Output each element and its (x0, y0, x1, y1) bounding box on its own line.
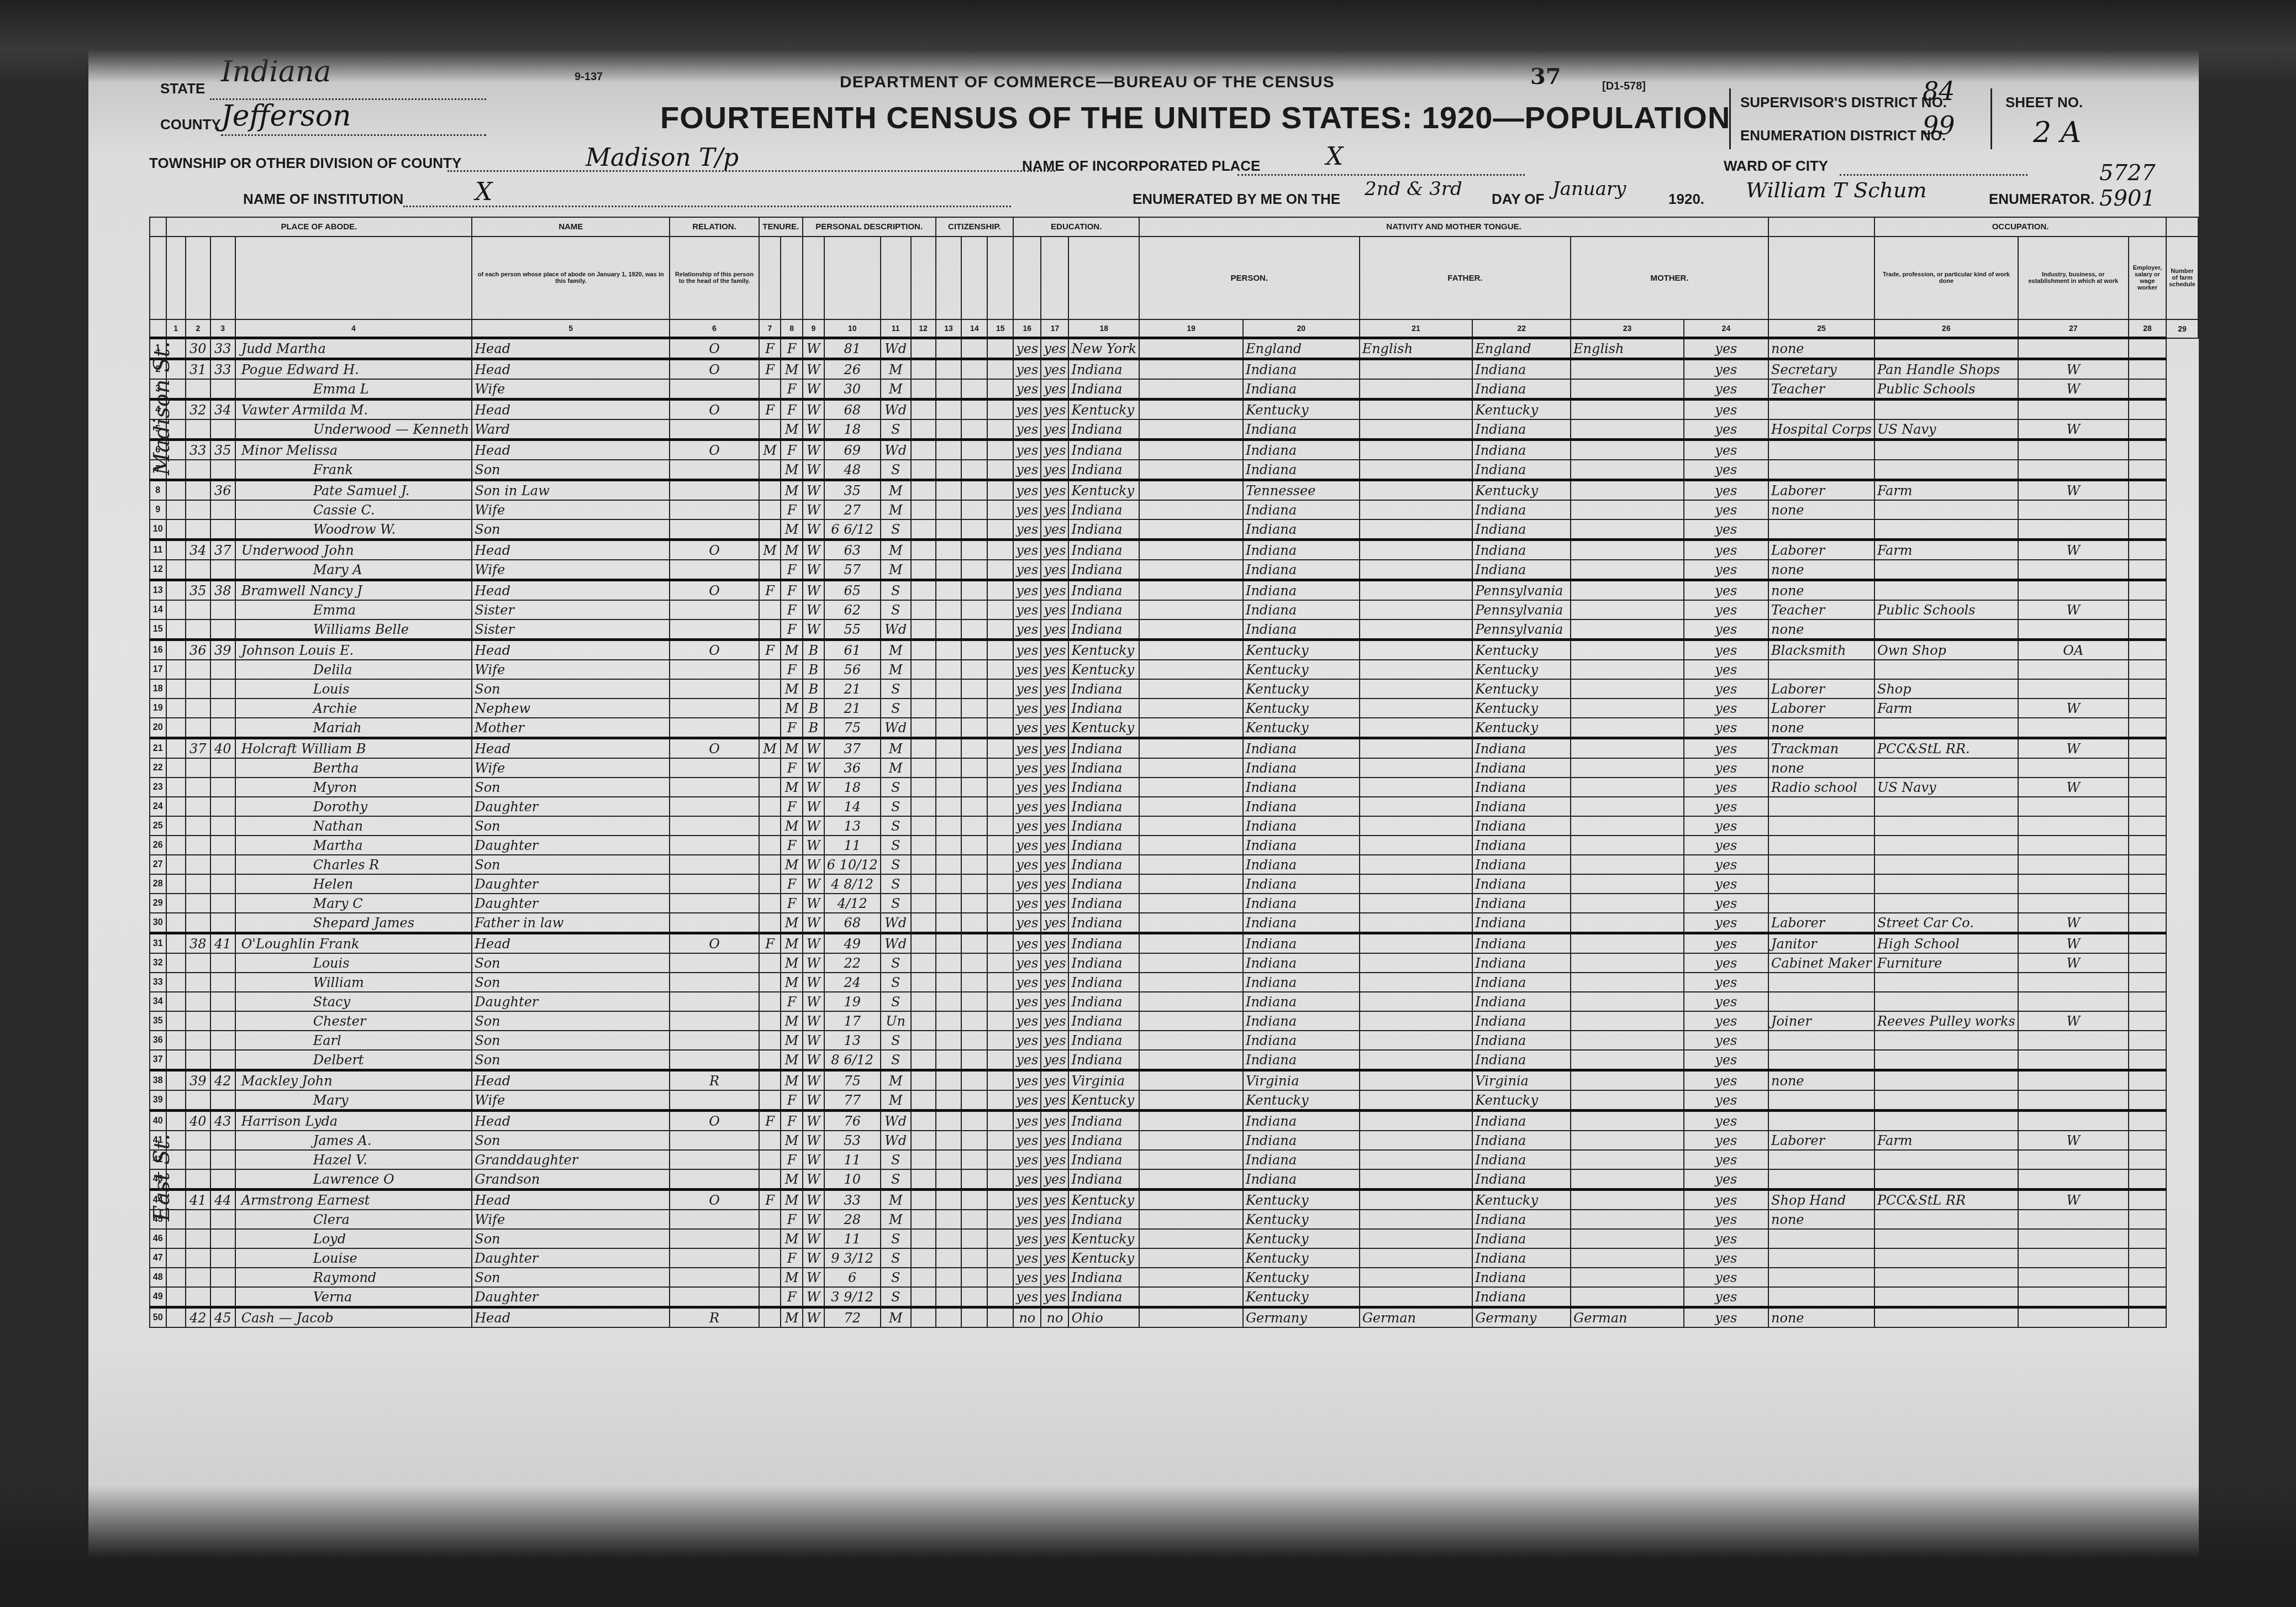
cell-w: yes (1041, 855, 1068, 874)
empty-cell (911, 855, 936, 874)
cell-race: W (803, 1169, 824, 1190)
cell-mmt (1571, 419, 1684, 440)
cell-fpob: Kentucky (1243, 660, 1360, 679)
cell-fpob: Indiana (1243, 758, 1360, 778)
cell-mt (1139, 855, 1243, 874)
cell-mmt (1571, 758, 1684, 778)
cell-fpob: Indiana (1243, 1050, 1360, 1070)
cell-age: 22 (824, 953, 881, 973)
cell-ms: Wd (881, 619, 911, 640)
ward-label: WARD OF CITY (1724, 157, 1828, 175)
census-row: 444144Armstrong EarnestHeadOFMW33Myesyes… (150, 1190, 2198, 1210)
cell-w: yes (1041, 933, 1068, 954)
cell-eng: yes (1684, 797, 1768, 816)
cell-ind: Street Car Co. (1874, 913, 2018, 933)
cell-pob: Indiana (1068, 1111, 1139, 1131)
cell-mpob: Indiana (1472, 1210, 1571, 1229)
empty-cell (2129, 1210, 2166, 1229)
cell-emp (2018, 1090, 2129, 1111)
cell-name: Stacy (235, 992, 472, 1011)
county-label: COUNTY (160, 116, 221, 133)
cell-eng: yes (1684, 519, 1768, 540)
empty-cell (961, 1031, 987, 1050)
cell-fam (210, 1011, 235, 1031)
cell-r: yes (1013, 1090, 1041, 1111)
cell-pob: Indiana (1068, 679, 1139, 699)
cell-eng: yes (1684, 580, 1768, 601)
cell-occ (1768, 836, 1874, 855)
cell-w: yes (1041, 679, 1068, 699)
cell-ms: Wd (881, 933, 911, 954)
cell-mmt (1571, 738, 1684, 759)
cell-own (670, 679, 759, 699)
cell-eng: yes (1684, 1307, 1768, 1328)
cell-own (670, 1090, 759, 1111)
cell-r: yes (1013, 1268, 1041, 1287)
empty-cell (987, 600, 1013, 619)
cell-own: O (670, 540, 759, 560)
cell-race: W (803, 359, 824, 380)
cell-age: 49 (824, 933, 881, 954)
cell-dw (186, 1229, 210, 1248)
empty-cell (911, 973, 936, 992)
empty-cell (2129, 758, 2166, 778)
cell-pob: Indiana (1068, 973, 1139, 992)
cell-n: 32 (150, 953, 166, 973)
empty-cell (987, 1248, 1013, 1268)
cell-fpob: Indiana (1243, 836, 1360, 855)
empty-cell (911, 699, 936, 718)
cell-fam: 35 (210, 440, 235, 460)
cell-dw (186, 816, 210, 836)
cell-pob: Kentucky (1068, 1190, 1139, 1210)
cell-own (670, 1210, 759, 1229)
cell-mt (1139, 1111, 1243, 1131)
empty-cell (961, 758, 987, 778)
cell-mf: F (759, 580, 781, 601)
cell-dw: 41 (186, 1190, 210, 1210)
cell-mt (1139, 1050, 1243, 1070)
cell-dw (186, 855, 210, 874)
cell-fam (210, 816, 235, 836)
cell-fmt: English (1360, 338, 1473, 359)
cell-ms: S (881, 519, 911, 540)
cell-fmt (1360, 1150, 1473, 1169)
empty-cell (961, 855, 987, 874)
empty-cell (166, 1287, 186, 1307)
cell-eng: yes (1684, 480, 1768, 501)
empty-cell (936, 440, 962, 460)
empty-cell (987, 1090, 1013, 1111)
empty-cell (2129, 1070, 2166, 1091)
cell-dw (186, 419, 210, 440)
cell-pob: Indiana (1068, 855, 1139, 874)
empty-cell (911, 540, 936, 560)
census-row: 163639Johnson Louis E.HeadOFMB61MyesyesK… (150, 640, 2198, 660)
empty-cell (911, 816, 936, 836)
empty-cell (166, 933, 186, 954)
cell-ms: M (881, 480, 911, 501)
cell-eng: yes (1684, 379, 1768, 400)
cell-mmt (1571, 816, 1684, 836)
cell-ind (1874, 440, 2018, 460)
cell-ind: PCC&StL RR. (1874, 738, 2018, 759)
cell-age: 6 6/12 (824, 519, 881, 540)
cell-fmt (1360, 1169, 1473, 1190)
column-number: 14 (961, 319, 987, 338)
cell-w: no (1041, 1307, 1068, 1328)
cell-occ (1768, 894, 1874, 913)
cell-fpob: Virginia (1243, 1070, 1360, 1091)
empty-cell (2129, 1131, 2166, 1150)
cell-fam (210, 874, 235, 894)
cell-r: yes (1013, 560, 1041, 580)
cell-age: 14 (824, 797, 881, 816)
cell-own (670, 1050, 759, 1070)
cell-rel: Daughter (472, 992, 670, 1011)
cell-mmt (1571, 797, 1684, 816)
cell-occ: Secretary (1768, 359, 1874, 380)
empty-cell (961, 1268, 987, 1287)
cell-w: yes (1041, 1111, 1068, 1131)
cell-occ: Cabinet Maker (1768, 953, 1874, 973)
cell-occ (1768, 519, 1874, 540)
cell-own (670, 1131, 759, 1150)
cell-fam (210, 460, 235, 480)
column-number: 21 (1360, 319, 1473, 338)
cell-age: 26 (824, 359, 881, 380)
cell-eng: yes (1684, 1150, 1768, 1169)
cell-w: yes (1041, 738, 1068, 759)
empty-cell (166, 699, 186, 718)
cell-mpob: Indiana (1472, 500, 1571, 519)
empty-cell (2129, 1287, 2166, 1307)
cell-fmt (1360, 699, 1473, 718)
cell-pob: Indiana (1068, 992, 1139, 1011)
cell-name: Bramwell Nancy J (235, 580, 472, 601)
census-table: PLACE OF ABODE. NAME RELATION. TENURE. P… (149, 217, 2199, 1328)
census-row: 34StacyDaughterFW19SyesyesIndianaIndiana… (150, 992, 2198, 1011)
cell-name: Verna (235, 1287, 472, 1307)
cell-emp (2018, 1169, 2129, 1190)
cell-mt (1139, 797, 1243, 816)
cell-fmt (1360, 933, 1473, 954)
census-row: 47LouiseDaughterFW9 3/12SyesyesKentuckyK… (150, 1248, 2198, 1268)
cell-age: 8 6/12 (824, 1050, 881, 1070)
cell-mmt (1571, 992, 1684, 1011)
cell-occ (1768, 1050, 1874, 1070)
empty-cell (936, 359, 962, 380)
cell-race: W (803, 992, 824, 1011)
census-row: 14EmmaSisterFW62SyesyesIndianaIndianaPen… (150, 600, 2198, 619)
cell-sex: F (781, 1210, 803, 1229)
cell-fam (210, 1229, 235, 1248)
cell-race: W (803, 619, 824, 640)
cell-rel: Son (472, 855, 670, 874)
cell-fam (210, 1131, 235, 1150)
cell-fmt (1360, 580, 1473, 601)
cell-age: 33 (824, 1190, 881, 1210)
empty-cell (2129, 738, 2166, 759)
cell-occ (1768, 1287, 1874, 1307)
cell-occ: none (1768, 1307, 1874, 1328)
cell-ms: Un (881, 1011, 911, 1031)
cell-emp (2018, 1210, 2129, 1229)
empty-cell (911, 718, 936, 738)
empty-cell (911, 894, 936, 913)
cell-r: yes (1013, 419, 1041, 440)
empty-cell (2129, 540, 2166, 560)
cell-fam (210, 1248, 235, 1268)
group-citizenship: CITIZENSHIP. (936, 217, 1014, 237)
cell-ind (1874, 1229, 2018, 1248)
empty-cell (2129, 440, 2166, 460)
cell-w: yes (1041, 758, 1068, 778)
cell-fam (210, 1287, 235, 1307)
cell-occ (1768, 855, 1874, 874)
cell-mmt (1571, 379, 1684, 400)
empty-cell (936, 699, 962, 718)
cell-race: W (803, 1248, 824, 1268)
cell-sex: F (781, 1111, 803, 1131)
empty-cell (911, 1210, 936, 1229)
cell-rel: Head (472, 1070, 670, 1091)
cell-name: Cassie C. (235, 500, 472, 519)
cell-pob: Indiana (1068, 738, 1139, 759)
cell-age: 48 (824, 460, 881, 480)
cell-ms: S (881, 1150, 911, 1169)
cell-dw (186, 460, 210, 480)
cell-race: W (803, 874, 824, 894)
cell-r: yes (1013, 379, 1041, 400)
cell-occ: none (1768, 338, 1874, 359)
empty-cell (2129, 1031, 2166, 1050)
cell-name: Underwood — Kenneth (235, 419, 472, 440)
cell-pob: Indiana (1068, 1150, 1139, 1169)
cell-rel: Son (472, 778, 670, 797)
cell-fmt (1360, 480, 1473, 501)
cell-pob: Indiana (1068, 758, 1139, 778)
cell-r: yes (1013, 816, 1041, 836)
cell-fam (210, 419, 235, 440)
cell-occ (1768, 400, 1874, 420)
cell-dw (186, 973, 210, 992)
column-number: 5 (472, 319, 670, 338)
cell-n: 26 (150, 836, 166, 855)
cell-fpob: Kentucky (1243, 1190, 1360, 1210)
cell-mpob: Indiana (1472, 992, 1571, 1011)
cell-occ: Joiner (1768, 1011, 1874, 1031)
cell-sex: F (781, 600, 803, 619)
cell-mt (1139, 480, 1243, 501)
cell-race: W (803, 600, 824, 619)
enumerated-label: ENUMERATED BY ME ON THE (1133, 191, 1340, 208)
cell-rel: Wife (472, 500, 670, 519)
cell-sex: F (781, 992, 803, 1011)
empty-cell (987, 1070, 1013, 1091)
cell-mf (759, 1050, 781, 1070)
column-number: 25 (1768, 319, 1874, 338)
cell-mpob: Indiana (1472, 379, 1571, 400)
cell-r: no (1013, 1307, 1041, 1328)
cell-r: yes (1013, 1131, 1041, 1150)
cell-fam (210, 758, 235, 778)
cell-mmt (1571, 1131, 1684, 1150)
cell-emp (2018, 660, 2129, 679)
cell-dw: 38 (186, 933, 210, 954)
empty-cell (961, 816, 987, 836)
cell-emp (2018, 894, 2129, 913)
cell-age: 9 3/12 (824, 1248, 881, 1268)
cell-fpob: Indiana (1243, 1011, 1360, 1031)
cell-dw: 37 (186, 738, 210, 759)
cell-rel: Sister (472, 619, 670, 640)
cell-ind (1874, 1210, 2018, 1229)
empty-cell (936, 1190, 962, 1210)
empty-cell (911, 1111, 936, 1131)
cell-name: Myron (235, 778, 472, 797)
column-number: 18 (1068, 319, 1139, 338)
cell-fam (210, 519, 235, 540)
cell-n: 15 (150, 619, 166, 640)
cell-dw (186, 619, 210, 640)
cell-mmt (1571, 894, 1684, 913)
empty-cell (961, 874, 987, 894)
cell-ind (1874, 338, 2018, 359)
cell-name: Martha (235, 836, 472, 855)
cell-occ: Laborer (1768, 913, 1874, 933)
census-row: 20MariahMotherFB75WdyesyesKentuckyKentuc… (150, 718, 2198, 738)
empty-cell (166, 797, 186, 816)
cell-ind (1874, 1169, 2018, 1190)
cell-mf (759, 778, 781, 797)
cell-fmt (1360, 440, 1473, 460)
cell-own: O (670, 640, 759, 660)
cell-ms: S (881, 855, 911, 874)
cell-mt (1139, 379, 1243, 400)
empty-cell (166, 913, 186, 933)
cell-dw: 31 (186, 359, 210, 380)
cell-age: 18 (824, 419, 881, 440)
cell-eng: yes (1684, 1031, 1768, 1050)
empty-cell (2129, 778, 2166, 797)
census-row: 28HelenDaughterFW4 8/12SyesyesIndianaInd… (150, 874, 2198, 894)
cell-dw: 40 (186, 1111, 210, 1131)
cell-race: W (803, 816, 824, 836)
cell-w: yes (1041, 400, 1068, 420)
cell-age: 30 (824, 379, 881, 400)
cell-eng: yes (1684, 913, 1768, 933)
empty-cell (936, 400, 962, 420)
cell-fpob: Indiana (1243, 797, 1360, 816)
cell-ind (1874, 1287, 2018, 1307)
cell-own: O (670, 738, 759, 759)
cell-mf: F (759, 338, 781, 359)
cell-fpob: England (1243, 338, 1360, 359)
enumerator-name: William T Schum (1746, 178, 1927, 202)
cell-fam (210, 379, 235, 400)
cell-pob: Indiana (1068, 519, 1139, 540)
cell-w: yes (1041, 1050, 1068, 1070)
cell-ms: S (881, 836, 911, 855)
cell-fam (210, 797, 235, 816)
cell-fmt (1360, 953, 1473, 973)
cell-age: 75 (824, 718, 881, 738)
cell-mt (1139, 1268, 1243, 1287)
cell-n: 27 (150, 855, 166, 874)
cell-fpob: Kentucky (1243, 1090, 1360, 1111)
cell-n: 23 (150, 778, 166, 797)
empty-cell (961, 836, 987, 855)
cell-r: yes (1013, 640, 1041, 660)
column-number: 16 (1013, 319, 1041, 338)
cell-mpob: Kentucky (1472, 718, 1571, 738)
cell-mt (1139, 718, 1243, 738)
cell-mt (1139, 758, 1243, 778)
cell-fpob: Indiana (1243, 913, 1360, 933)
column-number: 23 (1571, 319, 1684, 338)
cell-n: 19 (150, 699, 166, 718)
cell-w: yes (1041, 1131, 1068, 1150)
cell-race: W (803, 1131, 824, 1150)
empty-cell (2129, 894, 2166, 913)
cell-pob: Virginia (1068, 1070, 1139, 1091)
cell-mpob: Indiana (1472, 933, 1571, 954)
cell-race: W (803, 953, 824, 973)
cell-ind: Farm (1874, 699, 2018, 718)
cell-fam (210, 1031, 235, 1050)
cell-fam (210, 679, 235, 699)
empty-cell (2129, 699, 2166, 718)
census-row: 45CleraWifeFW28MyesyesIndianaKentuckyInd… (150, 1210, 2198, 1229)
group-name: NAME (472, 217, 670, 237)
cell-n: 12 (150, 560, 166, 580)
cell-rel: Daughter (472, 1248, 670, 1268)
cell-fmt (1360, 359, 1473, 380)
cell-n: 20 (150, 718, 166, 738)
cell-mpob: Indiana (1472, 359, 1571, 380)
cell-w: yes (1041, 540, 1068, 560)
census-row: 23MyronSonMW18SyesyesIndianaIndianaIndia… (150, 778, 2198, 797)
empty-cell (961, 1169, 987, 1190)
empty-cell (166, 580, 186, 601)
cell-race: W (803, 1190, 824, 1210)
empty-cell (2129, 679, 2166, 699)
cell-fmt (1360, 778, 1473, 797)
cell-pob: Indiana (1068, 540, 1139, 560)
empty-cell (911, 1268, 936, 1287)
margin-street-2: East St. (149, 1133, 175, 1221)
cell-mpob: Indiana (1472, 816, 1571, 836)
cell-fmt (1360, 836, 1473, 855)
cell-emp: W (2018, 1131, 2129, 1150)
cell-sex: F (781, 619, 803, 640)
cell-name: Hazel V. (235, 1150, 472, 1169)
empty-cell (936, 874, 962, 894)
cell-occ (1768, 1248, 1874, 1268)
cell-w: yes (1041, 718, 1068, 738)
cell-w: yes (1041, 992, 1068, 1011)
cell-mt (1139, 560, 1243, 580)
cell-mpob: Virginia (1472, 1070, 1571, 1091)
census-row: 32LouisSonMW22SyesyesIndianaIndianaIndia… (150, 953, 2198, 973)
cell-mmt (1571, 1169, 1684, 1190)
cell-mmt (1571, 953, 1684, 973)
empty-cell (936, 1210, 962, 1229)
empty-cell (911, 519, 936, 540)
cell-own (670, 379, 759, 400)
cell-w: yes (1041, 338, 1068, 359)
